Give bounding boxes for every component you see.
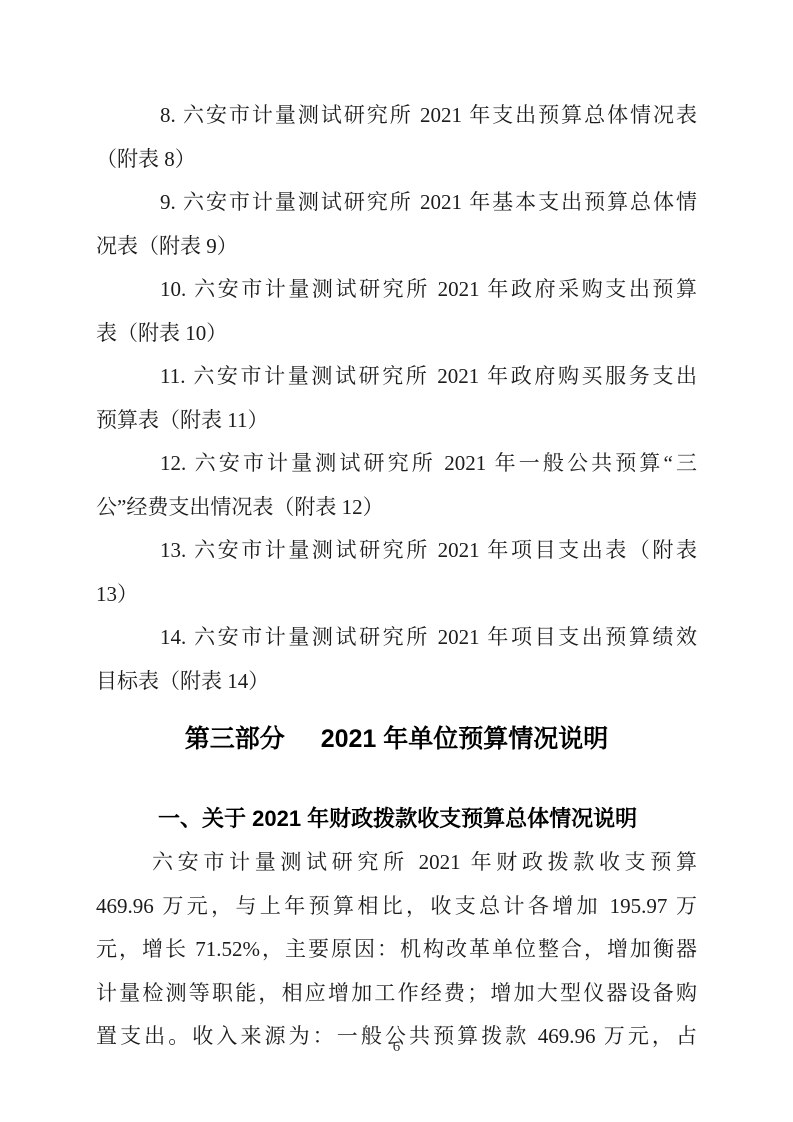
list-item-line: 10. 六安市计量测试研究所 2021 年政府采购支出预算 [96, 268, 697, 312]
list-item-line: 9. 六安市计量测试研究所 2021 年基本支出预算总体情 [96, 181, 697, 225]
list-item: 14. 六安市计量测试研究所 2021 年项目支出预算绩效 目标表（附表 14） [96, 616, 697, 703]
list-item-line: 目标表（附表 14） [96, 660, 697, 704]
attachment-list: 8. 六安市计量测试研究所 2021 年支出预算总体情况表 （附表 8） 9. … [96, 94, 697, 703]
list-item: 10. 六安市计量测试研究所 2021 年政府采购支出预算 表（附表 10） [96, 268, 697, 355]
list-item-line: 况表（附表 9） [96, 225, 697, 269]
list-item-line: 13） [96, 573, 697, 617]
page-number: 6 [0, 1038, 793, 1056]
paragraph-line: 六安市计量测试研究所 2021 年财政拨款收支预算 [96, 841, 697, 885]
list-item-line: 11. 六安市计量测试研究所 2021 年政府购买服务支出 [96, 355, 697, 399]
list-item: 11. 六安市计量测试研究所 2021 年政府购买服务支出 预算表（附表 11） [96, 355, 697, 442]
list-item-line: 8. 六安市计量测试研究所 2021 年支出预算总体情况表 [96, 94, 697, 138]
list-item-line: （附表 8） [96, 138, 697, 182]
page-content: 8. 六安市计量测试研究所 2021 年支出预算总体情况表 （附表 8） 9. … [96, 94, 697, 1059]
list-item: 8. 六安市计量测试研究所 2021 年支出预算总体情况表 （附表 8） [96, 94, 697, 181]
paragraph-line: 469.96 万元，与上年预算相比，收支总计各增加 195.97 万 [96, 885, 697, 929]
paragraph-line: 元，增长 71.52%，主要原因：机构改革单位整合，增加衡器 [96, 928, 697, 972]
list-item: 12. 六安市计量测试研究所 2021 年一般公共预算“三 公”经费支出情况表（… [96, 442, 697, 529]
document-page: 8. 六安市计量测试研究所 2021 年支出预算总体情况表 （附表 8） 9. … [0, 0, 793, 1122]
list-item-line: 公”经费支出情况表（附表 12） [96, 486, 697, 530]
body-paragraph: 六安市计量测试研究所 2021 年财政拨款收支预算 469.96 万元，与上年预… [96, 841, 697, 1059]
section-heading: 第三部分2021 年单位预算情况说明 [96, 717, 697, 761]
list-item-line: 表（附表 10） [96, 312, 697, 356]
section-part-label: 第三部分 [185, 725, 285, 753]
list-item-line: 12. 六安市计量测试研究所 2021 年一般公共预算“三 [96, 442, 697, 486]
list-item-line: 14. 六安市计量测试研究所 2021 年项目支出预算绩效 [96, 616, 697, 660]
list-item: 13. 六安市计量测试研究所 2021 年项目支出表（附表 13） [96, 529, 697, 616]
list-item-line: 13. 六安市计量测试研究所 2021 年项目支出表（附表 [96, 529, 697, 573]
subsection-heading: 一、关于 2021 年财政拨款收支预算总体情况说明 [96, 797, 697, 841]
list-item: 9. 六安市计量测试研究所 2021 年基本支出预算总体情 况表（附表 9） [96, 181, 697, 268]
section-part-title: 2021 年单位预算情况说明 [321, 725, 609, 753]
paragraph-line: 计量检测等职能，相应增加工作经费；增加大型仪器设备购 [96, 972, 697, 1016]
list-item-line: 预算表（附表 11） [96, 399, 697, 443]
